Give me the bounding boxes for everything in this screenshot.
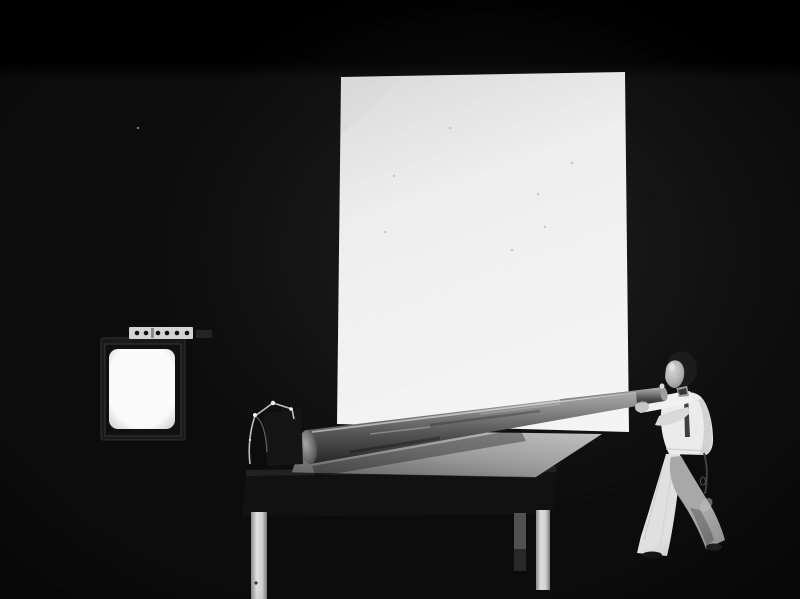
scene-svg	[0, 0, 800, 599]
vignette	[0, 0, 800, 599]
photograph	[0, 0, 800, 599]
